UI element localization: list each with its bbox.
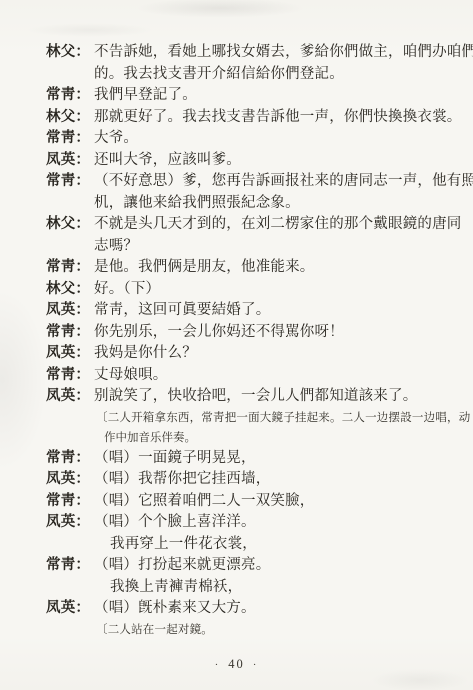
dialogue-line: 凤英：我妈是你什么？ <box>46 343 451 365</box>
speaker-label: 凤英： <box>46 343 94 365</box>
dialogue-line: 林父：不告訴她，看她上哪找女婿去，爹給你們做主，咱們办咱們 <box>46 42 451 64</box>
scanned-script-page: 林父：不告訴她，看她上哪找女婿去，爹給你們做主，咱們办咱們的。我去找支書开介紹信… <box>0 0 473 690</box>
speaker-label: 常靑： <box>46 365 94 387</box>
speaker-label: 凤英： <box>46 300 94 322</box>
dialogue-text: 我們早登記了。 <box>94 85 451 107</box>
speaker-label: 常靑： <box>46 322 94 344</box>
dialogue-line: 林父：不就是头几天才到的，在刘二楞家住的那个戴眼鏡的唐同 <box>46 214 451 236</box>
footer-left-dot: · <box>215 659 221 671</box>
dialogue-line: 凤英：常靑，这回可眞要結婚了。 <box>46 300 451 322</box>
dialogue-text: 好。（下） <box>94 279 451 301</box>
footer-right-dot: · <box>253 659 259 671</box>
page-footer: ·40· <box>0 657 473 672</box>
dialogue-continuation: 的。我去找支書开介紹信給你們登記。 <box>46 64 451 86</box>
speaker-label: 林父： <box>46 42 94 64</box>
stage-direction-continuation: 作中加音乐伴奏。 <box>46 428 451 448</box>
dialogue-line: 凤英：别說笑了，快收拾吧，一会儿人們都知道該来了。 <box>46 386 451 408</box>
dialogue-text: 那就更好了。我去找支書告訴他一声，你們快換換衣裳。 <box>94 107 462 129</box>
speaker-label: 凤英： <box>46 386 94 408</box>
dialogue-line: 凤英：还叫大爷，应該叫爹。 <box>46 150 451 172</box>
dialogue-line: 常靑：我們早登記了。 <box>46 85 451 107</box>
dialogue-text: 大爷。 <box>94 128 451 150</box>
dialogue-text: 我妈是你什么？ <box>94 343 451 365</box>
dialogue-text: 不就是头几天才到的，在刘二楞家住的那个戴眼鏡的唐同 <box>94 214 462 236</box>
lyric-continuation: 我再穿上一件花衣裳， <box>46 534 451 556</box>
dialogue-text: 不告訴她，看她上哪找女婿去，爹給你們做主，咱們办咱們 <box>94 42 473 64</box>
dialogue-line: 常靑：大爷。 <box>46 128 451 150</box>
dialogue-text: 是他。我們俩是朋友，他准能来。 <box>94 257 451 279</box>
dialogue-line: 常靑：是他。我們俩是朋友，他准能来。 <box>46 257 451 279</box>
dialogue-line: 凤英：（唱）个个臉上喜洋洋。 <box>46 512 451 534</box>
dialogue-text: 常靑，这回可眞要結婚了。 <box>94 300 451 322</box>
speaker-label: 凤英： <box>46 512 94 534</box>
speaker-label: 常靑： <box>46 491 94 513</box>
speaker-label: 凤英： <box>46 469 94 491</box>
dialogue-text: （不好意思）爹，您再告訴画报社来的唐同志一声，他有照象 <box>94 171 473 193</box>
dialogue-line: 常靑：丈母娘唄。 <box>46 365 451 387</box>
dialogue-line: 常靑：你先别乐，一会儿你妈还不得駡你呀！ <box>46 322 451 344</box>
stage-direction: 〔二人站在一起对鏡。 <box>46 620 451 640</box>
dialogue-line: 常靑：（唱）一面鏡子明晃晃， <box>46 448 451 470</box>
speaker-label: 林父： <box>46 107 94 129</box>
dialogue-continuation: 机，讓他来給我們照張紀念象。 <box>46 193 451 215</box>
speaker-label: 常靑： <box>46 171 94 193</box>
lyric-continuation: 我換上靑褲靑棉袄， <box>46 577 451 599</box>
speaker-label: 常靑： <box>46 128 94 150</box>
dialogue-text: （唱）它照着咱們二人一双笑臉， <box>94 491 451 513</box>
speaker-label: 凤英： <box>46 598 94 620</box>
dialogue-text: 还叫大爷，应該叫爹。 <box>94 150 451 172</box>
dialogue-line: 凤英：（唱）旣朴素来又大方。 <box>46 598 451 620</box>
dialogue-line: 常靑：（唱）打扮起来就更漂亮。 <box>46 555 451 577</box>
dialogue-line: 常靑：（唱）它照着咱們二人一双笑臉， <box>46 491 451 513</box>
dialogue-line: 林父：那就更好了。我去找支書告訴他一声，你們快換換衣裳。 <box>46 107 451 129</box>
dialogue-text: （唱）打扮起来就更漂亮。 <box>94 555 451 577</box>
speaker-label: 林父： <box>46 279 94 301</box>
dialogue-text: （唱）我帮你把它挂西墙， <box>94 469 451 491</box>
speaker-label: 凤英： <box>46 150 94 172</box>
dialogue-line: 常靑：（不好意思）爹，您再告訴画报社来的唐同志一声，他有照象 <box>46 171 451 193</box>
dialogue-text: 别說笑了，快收拾吧，一会儿人們都知道該来了。 <box>94 386 451 408</box>
speaker-label: 常靑： <box>46 555 94 577</box>
speaker-label: 林父： <box>46 214 94 236</box>
speaker-label: 常靑： <box>46 85 94 107</box>
dialogue-text: 丈母娘唄。 <box>94 365 451 387</box>
stage-direction: 〔二人开箱拿东西，常靑把一面大鏡子挂起来。二人一边摆設一边唱，动 <box>46 408 451 428</box>
dialogue-text: 你先别乐，一会儿你妈还不得駡你呀！ <box>94 322 451 344</box>
dialogue-line: 凤英：（唱）我帮你把它挂西墙， <box>46 469 451 491</box>
dialogue-continuation: 志嗎？ <box>46 236 451 258</box>
dialogue-line: 林父：好。（下） <box>46 279 451 301</box>
page-number: 40 <box>228 657 245 671</box>
dialogue-text: （唱）一面鏡子明晃晃， <box>94 448 451 470</box>
script-body: 林父：不告訴她，看她上哪找女婿去，爹給你們做主，咱們办咱們的。我去找支書开介紹信… <box>46 42 451 640</box>
speaker-label: 常靑： <box>46 257 94 279</box>
dialogue-text: （唱）旣朴素来又大方。 <box>94 598 451 620</box>
dialogue-text: （唱）个个臉上喜洋洋。 <box>94 512 451 534</box>
speaker-label: 常靑： <box>46 448 94 470</box>
